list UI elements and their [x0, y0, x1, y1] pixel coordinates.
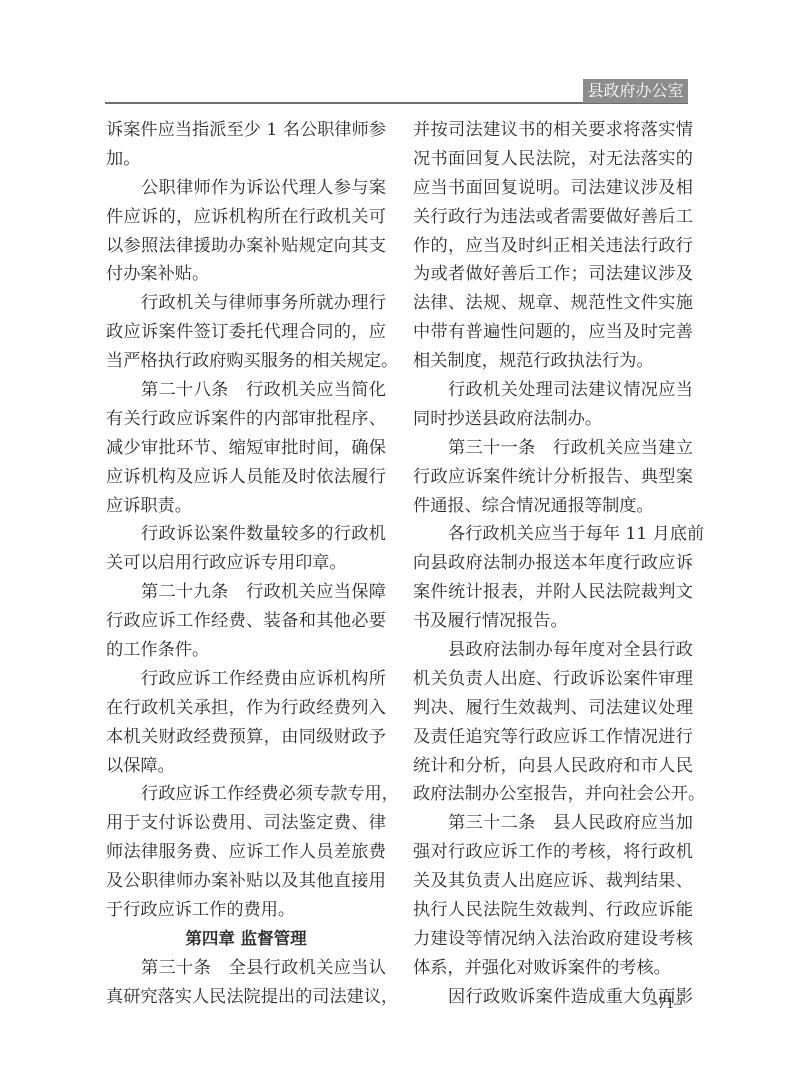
text-line: 应当书面回复说明。司法建议涉及相	[413, 174, 693, 203]
text-line: 行政机关处理司法建议情况应当	[413, 376, 693, 405]
text-line: 行政诉讼案件数量较多的行政机	[106, 520, 386, 549]
text-line: 作的，应当及时纠正相关违法行政行	[413, 232, 693, 261]
text-line: 及责任追究等行政应诉工作情况进行	[413, 723, 693, 752]
text-line: 况书面回复人民法院，对无法落实的	[413, 145, 693, 174]
text-line: 行政应诉案件统计分析报告、典型案	[413, 463, 693, 492]
text-line: 机关负责人出庭、行政诉讼案件审理	[413, 665, 693, 694]
text-line: 强对行政应诉工作的考核，将行政机	[413, 838, 693, 867]
text-line: 诉案件应当指派至少 1 名公职律师参	[106, 116, 386, 145]
text-line: 向县政府法制办报送本年度行政应诉	[413, 549, 693, 578]
text-line: 以参照法律援助办案补贴规定向其支	[106, 232, 386, 261]
text-line: 相关制度，规范行政执法行为。	[413, 347, 693, 376]
text-line: 中带有普遍性问题的，应当及时完善	[413, 318, 693, 347]
text-line: 第三十条 全县行政机关应当认	[106, 954, 386, 983]
text-line: 有关行政应诉案件的内部审批程序、	[106, 405, 386, 434]
text-line: 的工作条件。	[106, 636, 386, 665]
text-line: 减少审批环节、缩短审批时间，确保	[106, 434, 386, 463]
text-line: 本机关财政经费预算，由同级财政予	[106, 723, 386, 752]
text-line: 县政府法制办每年度对全县行政	[413, 636, 693, 665]
text-line: 付办案补贴。	[106, 260, 386, 289]
text-line: 案件统计报表，并附人民法院裁判文	[413, 578, 693, 607]
text-line: 法律、法规、规章、规范性文件实施	[413, 289, 693, 318]
text-line: 在行政机关承担，作为行政经费列入	[106, 694, 386, 723]
text-line: 行政机关与律师事务所就办理行	[106, 289, 386, 318]
right-column: 并按司法建议书的相关要求将落实情况书面回复人民法院，对无法落实的应当书面回复说明…	[413, 116, 693, 1012]
text-line: 书及履行情况报告。	[413, 607, 693, 636]
text-line: 行政应诉工作经费必须专款专用，	[106, 780, 386, 809]
text-line: 应诉职责。	[106, 492, 386, 521]
text-line: 真研究落实人民法院提出的司法建议，	[106, 983, 386, 1012]
text-line: 用于支付诉讼费用、司法鉴定费、律	[106, 809, 386, 838]
text-line: 师法律服务费、应诉工作人员差旅费	[106, 838, 386, 867]
text-line: 并按司法建议书的相关要求将落实情	[413, 116, 693, 145]
text-line: 当严格执行政府购买服务的相关规定。	[106, 347, 386, 376]
section-tag: 县政府办公室文件	[583, 79, 688, 103]
text-line: 以保障。	[106, 752, 386, 781]
text-line: 政应诉案件签订委托代理合同的，应	[106, 318, 386, 347]
text-line: 执行人民法院生效裁判、行政应诉能	[413, 896, 693, 925]
text-line: 及公职律师办案补贴以及其他直接用	[106, 867, 386, 896]
text-line: 第二十八条 行政机关应当简化	[106, 376, 386, 405]
chapter-heading: 第四章 监督管理	[106, 925, 386, 954]
text-line: 统计和分析，向县人民政府和市人民	[413, 752, 693, 781]
text-line: 应诉机构及应诉人员能及时依法履行	[106, 463, 386, 492]
text-line: 关及其负责人出庭应诉、裁判结果、	[413, 867, 693, 896]
text-line: 各行政机关应当于每年 11 月底前	[413, 520, 693, 549]
text-line: 件通报、综合情况通报等制度。	[413, 492, 693, 521]
text-line: 关可以启用行政应诉专用印章。	[106, 549, 386, 578]
text-line: 行政应诉工作经费、装备和其他必要	[106, 607, 386, 636]
text-line: 政府法制办公室报告，并向社会公开。	[413, 780, 693, 809]
left-column: 诉案件应当指派至少 1 名公职律师参加。公职律师作为诉讼代理人参与案件应诉的，应…	[106, 116, 386, 1012]
text-line: 判决、履行生效裁判、司法建议处理	[413, 694, 693, 723]
text-line: 第三十二条 县人民政府应当加	[413, 809, 693, 838]
text-line: 第三十一条 行政机关应当建立	[413, 434, 693, 463]
text-line: 体系，并强化对败诉案件的考核。	[413, 954, 693, 983]
text-line: 为或者做好善后工作；司法建议涉及	[413, 260, 693, 289]
text-line: 加。	[106, 145, 386, 174]
page-number: –71–	[650, 995, 682, 1013]
text-line: 同时抄送县政府法制办。	[413, 405, 693, 434]
text-line: 行政应诉工作经费由应诉机构所	[106, 665, 386, 694]
text-line: 于行政应诉工作的费用。	[106, 896, 386, 925]
text-line: 关行政行为违法或者需要做好善后工	[413, 203, 693, 232]
text-line: 第二十九条 行政机关应当保障	[106, 578, 386, 607]
text-line: 件应诉的，应诉机构所在行政机关可	[106, 203, 386, 232]
text-line: 力建设等情况纳入法治政府建设考核	[413, 925, 693, 954]
text-line: 公职律师作为诉讼代理人参与案	[106, 174, 386, 203]
